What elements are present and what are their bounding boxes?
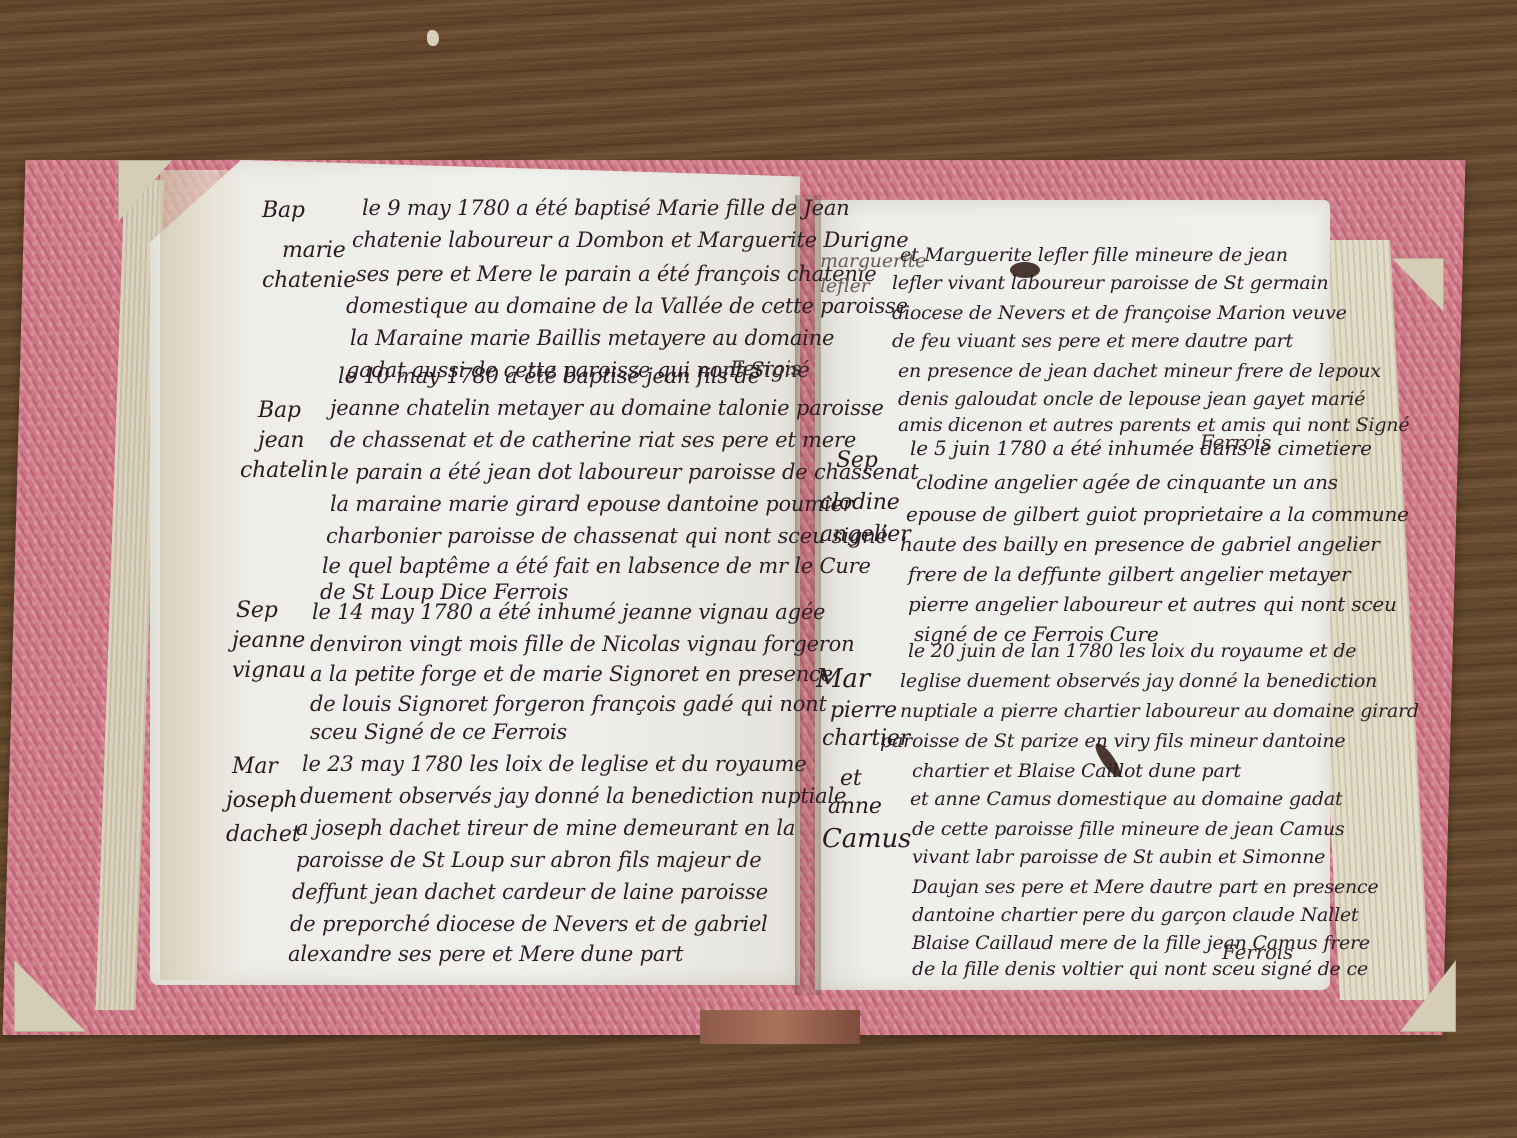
entry-line: le 5 juin 1780 a été inhumée dans le cim… — [910, 436, 1372, 460]
margin-label: jean — [258, 428, 304, 453]
margin-label: Sep — [836, 448, 878, 473]
cover-spine-bottom — [700, 1010, 860, 1044]
entry-line: de la fille denis voltier qui nont sceu … — [912, 958, 1368, 980]
margin-label: clodine — [820, 490, 900, 515]
entry-line: duement observés jay donné la benedictio… — [300, 784, 846, 808]
entry-line: de feu viuant ses pere et mere dautre pa… — [892, 330, 1293, 352]
entry-line: clodine angelier agée de cinquante un an… — [916, 470, 1338, 494]
entry-line: ses pere et Mere le parain a été françoi… — [356, 262, 876, 286]
entry-line: domestique au domaine de la Vallée de ce… — [346, 294, 908, 318]
entry-line: et anne Camus domestique au domaine gada… — [910, 788, 1342, 810]
entry-line: Daujan ses pere et Mere dautre part en p… — [912, 876, 1379, 898]
margin-label: marie — [282, 238, 346, 263]
margin-label: pierre — [830, 698, 897, 723]
entry-line: leglise duement observés jay donné la be… — [900, 670, 1377, 692]
entry-line: nuptiale a pierre chartier laboureur au … — [900, 700, 1419, 722]
entry-line: amis dicenon et autres parents et amis q… — [898, 414, 1409, 436]
entry-line: le 9 may 1780 a été baptisé Marie fille … — [362, 196, 850, 220]
entry-line: Blaise Caillaud mere de la fille jean Ca… — [912, 932, 1370, 954]
margin-label: joseph — [226, 788, 297, 813]
margin-label: Sep — [236, 598, 278, 623]
margin-label: et — [840, 766, 861, 791]
margin-label: Bap — [258, 398, 301, 423]
margin-label: chatelin — [240, 458, 328, 483]
left-page-worn-edge — [160, 170, 250, 980]
desk-debris — [427, 30, 439, 46]
entry-line: le 14 may 1780 a été inhumé jeanne vigna… — [312, 600, 825, 624]
entry-line: le quel baptême a été fait en labsence d… — [322, 554, 871, 578]
margin-label: lefler — [820, 275, 870, 297]
margin-label: angelier — [820, 522, 910, 547]
entry-line: de preporché diocese de Nevers et de gab… — [290, 912, 768, 936]
entry-line: alexandre ses pere et Mere dune part — [288, 942, 683, 966]
entry-line: de chassenat et de catherine riat ses pe… — [330, 428, 856, 452]
entry-line: le 10 may 1780 a été baptisé jean fils d… — [338, 364, 760, 388]
entry-line: en presence de jean dachet mineur frere … — [898, 360, 1381, 382]
entry-line: charbonier paroisse de chassenat qui non… — [326, 524, 888, 548]
entry-line: diocese de Nevers et de françoise Marion… — [892, 302, 1347, 324]
entry-line: frere de la deffunte gilbert angelier me… — [908, 562, 1350, 586]
entry-line: chartier et Blaise Caillot dune part — [912, 760, 1241, 782]
entry-line: de cette paroisse fille mineure de jean … — [912, 818, 1345, 840]
entry-line: vivant labr paroisse de St aubin et Simo… — [912, 846, 1325, 868]
margin-label: Bap — [262, 198, 305, 223]
entry-line: la maraine marie girard epouse dantoine … — [330, 492, 853, 516]
entry-line: la Maraine marie Baillis metayere au dom… — [350, 326, 834, 350]
margin-label: Mar — [816, 664, 870, 694]
ink-blot — [1010, 262, 1040, 278]
entry-line: deffunt jean dachet cardeur de laine par… — [292, 880, 768, 904]
margin-label: Mar — [232, 754, 278, 779]
entry-line: paroisse de St parize en viry fils mineu… — [880, 730, 1345, 752]
entry-line: denviron vingt mois fille de Nicolas vig… — [310, 632, 854, 656]
margin-label: Camus — [822, 824, 911, 854]
entry-line: chatenie laboureur a Dombon et Marguerit… — [352, 228, 908, 252]
margin-label: dachet — [226, 822, 300, 847]
entry-line: sceu Signé de ce Ferrois — [310, 720, 567, 744]
entry-line: lefler vivant laboureur paroisse de St g… — [892, 272, 1328, 294]
margin-label: jeanne — [232, 628, 305, 653]
margin-label: anne — [828, 794, 882, 819]
entry-line: de louis Signoret forgeron françois gadé… — [310, 692, 827, 716]
entry-line: dantoine chartier pere du garçon claude … — [912, 904, 1358, 926]
entry-line: le 20 juin de lan 1780 les loix du royau… — [908, 640, 1356, 662]
entry-line: jeanne chatelin metayer au domaine talon… — [330, 396, 884, 420]
entry-line: le parain a été jean dot laboureur paroi… — [330, 460, 918, 484]
entry-line: pierre angelier laboureur et autres qui … — [908, 592, 1397, 616]
margin-label: vignau — [232, 658, 306, 683]
entry-line: epouse de gilbert guiot proprietaire a l… — [906, 502, 1409, 526]
entry-line: haute des bailly en presence de gabriel … — [900, 532, 1380, 556]
priest-signature: Ferrois — [1222, 940, 1293, 964]
margin-label: chatenie — [262, 268, 356, 293]
entry-line: denis galoudat oncle de lepouse jean gay… — [898, 388, 1365, 410]
entry-line: et Marguerite lefler fille mineure de je… — [900, 244, 1288, 266]
entry-line: paroisse de St Loup sur abron fils majeu… — [296, 848, 762, 872]
entry-line: a joseph dachet tireur de mine demeurant… — [296, 816, 795, 840]
entry-line: a la petite forge et de marie Signoret e… — [310, 662, 833, 686]
entry-line: le 23 may 1780 les loix de leglise et du… — [302, 752, 806, 776]
